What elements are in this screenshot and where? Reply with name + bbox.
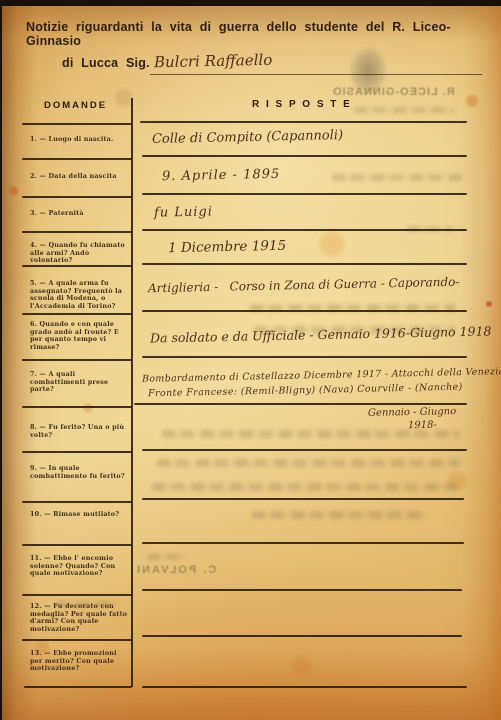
answer-3-handwritten: fu Luigi bbox=[154, 204, 213, 220]
faded-stamp bbox=[350, 48, 386, 94]
rule-line bbox=[142, 498, 464, 500]
bleedthrough-smudge bbox=[252, 511, 427, 519]
question-text: — A quali combattimenti prese parte? bbox=[30, 370, 108, 393]
rule-line bbox=[142, 310, 467, 312]
scanned-document-page: R. LICEO-GINNASIO C. POLVANI Notizie rig… bbox=[2, 6, 501, 720]
column-header-answers: R I S P O S T E bbox=[252, 99, 352, 110]
document-title-line2: di Lucca Sig. bbox=[62, 56, 150, 70]
column-divider-line bbox=[131, 98, 133, 687]
bleedthrough-smudge bbox=[162, 430, 460, 438]
question-text: — In quale combattimento fu ferito? bbox=[30, 464, 125, 480]
question-13: 13. — Ebbe promozioni per merito? Con qu… bbox=[30, 650, 128, 673]
rule-line bbox=[22, 501, 132, 503]
question-text: — Fu ferito? Una o più volte? bbox=[30, 423, 124, 439]
rule-line bbox=[22, 594, 132, 596]
question-text: — Quando fu chiamato alle armi? Andò vol… bbox=[30, 241, 125, 264]
rule-line bbox=[142, 635, 462, 637]
question-text: — Rimase mutilato? bbox=[44, 510, 119, 518]
rule-line bbox=[22, 359, 132, 361]
rule-line bbox=[142, 449, 467, 451]
name-underline bbox=[150, 74, 482, 75]
question-7: 7. — A quali combattimenti prese parte? bbox=[30, 371, 128, 394]
question-text: — A quale arma fu assegnato? Frequentò l… bbox=[30, 279, 122, 310]
bleedthrough-polvani-text: C. POLVANI bbox=[135, 564, 216, 576]
rule-line bbox=[22, 123, 132, 125]
rule-line bbox=[24, 686, 132, 688]
bleedthrough-liceo-text: R. LICEO-GINNASIO bbox=[332, 86, 455, 98]
question-4: 4. — Quando fu chiamato alle armi? Andò … bbox=[30, 242, 128, 265]
question-3: 3. — Paternità bbox=[30, 210, 128, 218]
rule-line bbox=[142, 263, 467, 265]
rule-line bbox=[22, 639, 132, 641]
rule-line bbox=[22, 231, 132, 233]
rule-line bbox=[142, 155, 467, 157]
answer-5-handwritten: Artiglieria - Corso in Zona di Guerra - … bbox=[148, 275, 460, 296]
column-header-questions: DOMANDE bbox=[44, 100, 107, 111]
bleedthrough-smudge bbox=[157, 459, 460, 467]
rule-line bbox=[22, 158, 132, 160]
question-2: 2. — Data della nascita bbox=[30, 173, 128, 181]
rule-line bbox=[142, 193, 467, 195]
answer-7-line4-handwritten: 1918- bbox=[408, 420, 437, 432]
question-8: 8. — Fu ferito? Una o più volte? bbox=[30, 424, 128, 439]
answer-2-handwritten: 9. Aprile - 1895 bbox=[162, 167, 281, 184]
question-number: 2. bbox=[30, 172, 37, 180]
question-5: 5. — A quale arma fu assegnato? Frequent… bbox=[30, 280, 128, 311]
rule-line bbox=[134, 403, 467, 405]
question-text: — Data della nascita bbox=[40, 172, 117, 180]
bleedthrough-smudge bbox=[354, 107, 454, 113]
question-10: 10. — Rimase mutilato? bbox=[30, 511, 128, 519]
rule-line bbox=[142, 356, 467, 358]
rule-line bbox=[22, 196, 132, 198]
question-number: 1. bbox=[30, 135, 37, 143]
question-text: — Luogo di nascita. bbox=[40, 135, 114, 143]
question-text: Quando e con quale grado andò al fronte?… bbox=[30, 320, 119, 351]
question-11: 11. — Ebbe l' encomio solenne? Quando? C… bbox=[30, 555, 128, 578]
bleedthrough-smudge bbox=[332, 174, 462, 181]
answer-6-handwritten: Da soldato e da Ufficiale - Gennaio 1916… bbox=[150, 323, 492, 345]
question-text: — Ebbe l' encomio solenne? Quando? Con q… bbox=[30, 554, 115, 577]
rule-line bbox=[140, 121, 467, 123]
rule-line bbox=[142, 589, 462, 591]
question-text: — Fu decorato con medaglia? Per quale fa… bbox=[30, 602, 127, 633]
answer-7-line3-handwritten: Gennaio - Giugno bbox=[368, 406, 456, 419]
rule-line bbox=[142, 542, 464, 544]
rule-line bbox=[142, 686, 467, 688]
rule-line bbox=[22, 265, 132, 267]
question-12: 12. — Fu decorato con medaglia? Per qual… bbox=[30, 603, 128, 634]
document-title: Notizie riguardanti la vita di guerra de… bbox=[26, 20, 488, 48]
question-text: — Paternità bbox=[40, 209, 84, 217]
question-6: 6. Quando e con quale grado andò al fron… bbox=[30, 321, 128, 352]
answer-7-line2-handwritten: Fronte Francese: (Remil-Bligny) (Nava) C… bbox=[148, 382, 463, 400]
question-text: — Ebbe promozioni per merito? Con quale … bbox=[30, 649, 117, 672]
rule-line bbox=[22, 451, 132, 453]
question-number: 10. bbox=[30, 510, 42, 518]
rule-line bbox=[22, 313, 132, 315]
rule-line bbox=[22, 406, 132, 408]
answer-4-handwritten: 1 Dicembre 1915 bbox=[168, 238, 286, 256]
bleedthrough-smudge bbox=[147, 554, 187, 560]
question-9: 9. — In quale combattimento fu ferito? bbox=[30, 465, 128, 480]
question-1: 1. — Luogo di nascita. bbox=[30, 136, 128, 144]
question-number: 3. bbox=[30, 209, 37, 217]
bleedthrough-smudge bbox=[152, 483, 460, 491]
answer-1-handwritten: Colle di Compito (Capannoli) bbox=[152, 128, 343, 147]
rule-line bbox=[22, 544, 132, 546]
rule-line bbox=[142, 229, 467, 231]
student-name-handwritten: Bulcri Raffaello bbox=[154, 51, 273, 71]
